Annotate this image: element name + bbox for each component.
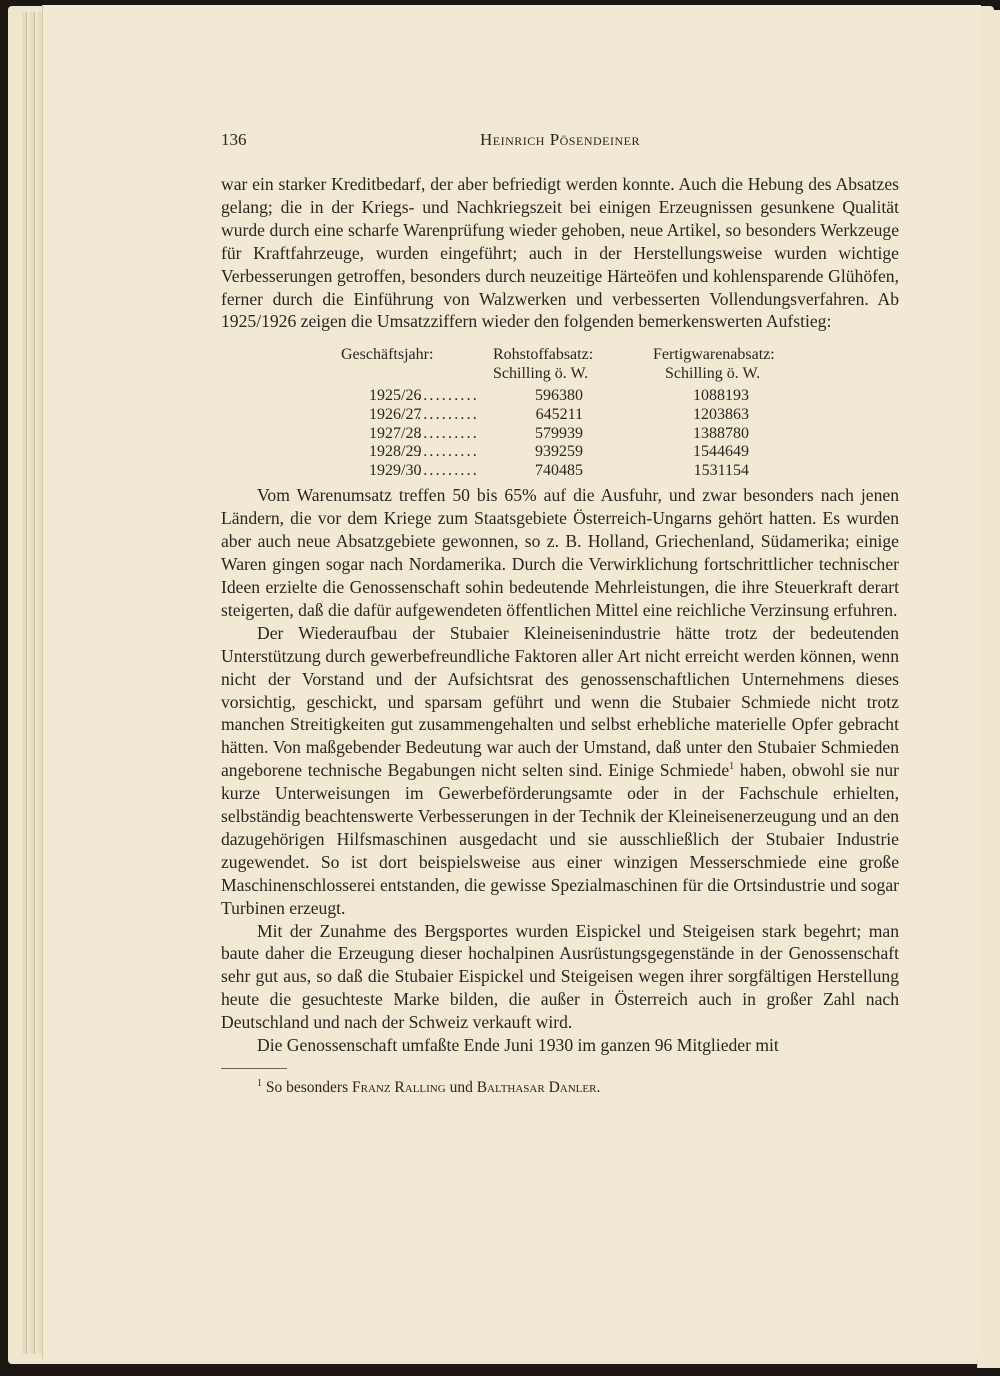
paragraph: Mit der Zunahme des Bergsportes wurden E…: [221, 920, 899, 1035]
footnote-mark: 1: [257, 1078, 262, 1089]
page-edge: [22, 12, 27, 1354]
paragraph: Der Wiederaufbau der Stubaier Kleineisen…: [221, 622, 899, 920]
year-cell: 1926/27: [369, 406, 421, 425]
paragraph: Die Genossenschaft umfaßte Ende Juni 193…: [221, 1034, 899, 1057]
dot-leader: ..........: [417, 387, 479, 406]
dot-leader: ..........: [417, 406, 479, 425]
finished-cell: 1531154: [673, 462, 749, 481]
raw-cell: 939259: [527, 443, 583, 462]
table-header-raw: Rohstoffabsatz:: [493, 346, 593, 365]
finished-cell: 1388780: [673, 425, 749, 444]
table-header-year: Geschäftsjahr:: [341, 346, 433, 365]
footnote-text: und: [446, 1079, 477, 1096]
body-text: war ein starker Kreditbedarf, der aber b…: [221, 173, 899, 1057]
raw-cell: 645211: [527, 406, 583, 425]
table-row: 1927/28 .......... 579939 1388780: [221, 425, 899, 444]
finished-cell: 1544649: [673, 443, 749, 462]
year-cell: 1925/26: [369, 387, 421, 406]
running-head: 136 Heinrich Pösendeiner: [221, 130, 899, 154]
dot-leader: ..........: [417, 443, 479, 462]
finished-cell: 1203863: [673, 406, 749, 425]
page-edge: [30, 12, 35, 1354]
footnote: 1 So besonders Franz Ralling und Balthas…: [221, 1079, 899, 1097]
table-row: 1925/26 .......... 596380 1088193: [221, 387, 899, 406]
paragraph-text: haben, obwohl sie nur kurze Unterweisung…: [221, 760, 899, 917]
raw-cell: 596380: [527, 387, 583, 406]
paragraph: war ein starker Kreditbedarf, der aber b…: [221, 173, 899, 333]
table-row: 1929/30 .......... 740485 1531154: [221, 462, 899, 481]
year-cell: 1927/28: [369, 425, 421, 444]
dot-leader: ..........: [417, 462, 479, 481]
running-head-title: Heinrich Pösendeiner: [221, 130, 899, 150]
finished-cell: 1088193: [673, 387, 749, 406]
paragraph-text: Der Wiederaufbau der Stubaier Kleineisen…: [221, 623, 899, 780]
footnote-text: So besonders: [266, 1079, 352, 1096]
table-header-finished: Fertigwarenabsatz:: [653, 346, 775, 365]
dot-leader: ..........: [417, 425, 479, 444]
year-cell: 1929/30: [369, 462, 421, 481]
footnote-text: .: [596, 1079, 600, 1096]
footnote-rule: [221, 1068, 287, 1069]
table-header-finished-unit: Schilling ö. W.: [653, 365, 760, 384]
table-row: 1926/27 .......... 645211 1203863: [221, 406, 899, 425]
raw-cell: 579939: [527, 425, 583, 444]
sales-table: Geschäftsjahr: Rohstoffabsatz: Schilling…: [221, 346, 899, 466]
table-row: 1928/29 .......... 939259 1544649: [221, 443, 899, 462]
table-header-raw-unit: Schilling ö. W.: [493, 365, 588, 384]
page-content: 136 Heinrich Pösendeiner war ein starker…: [221, 130, 899, 1097]
footnote-name: Balthasar Danler: [477, 1079, 597, 1096]
footnote-name: Franz Ralling: [352, 1079, 446, 1096]
year-cell: 1928/29: [369, 443, 421, 462]
raw-cell: 740485: [527, 462, 583, 481]
paragraph: Vom Warenumsatz treffen 50 bis 65% auf d…: [221, 484, 899, 621]
